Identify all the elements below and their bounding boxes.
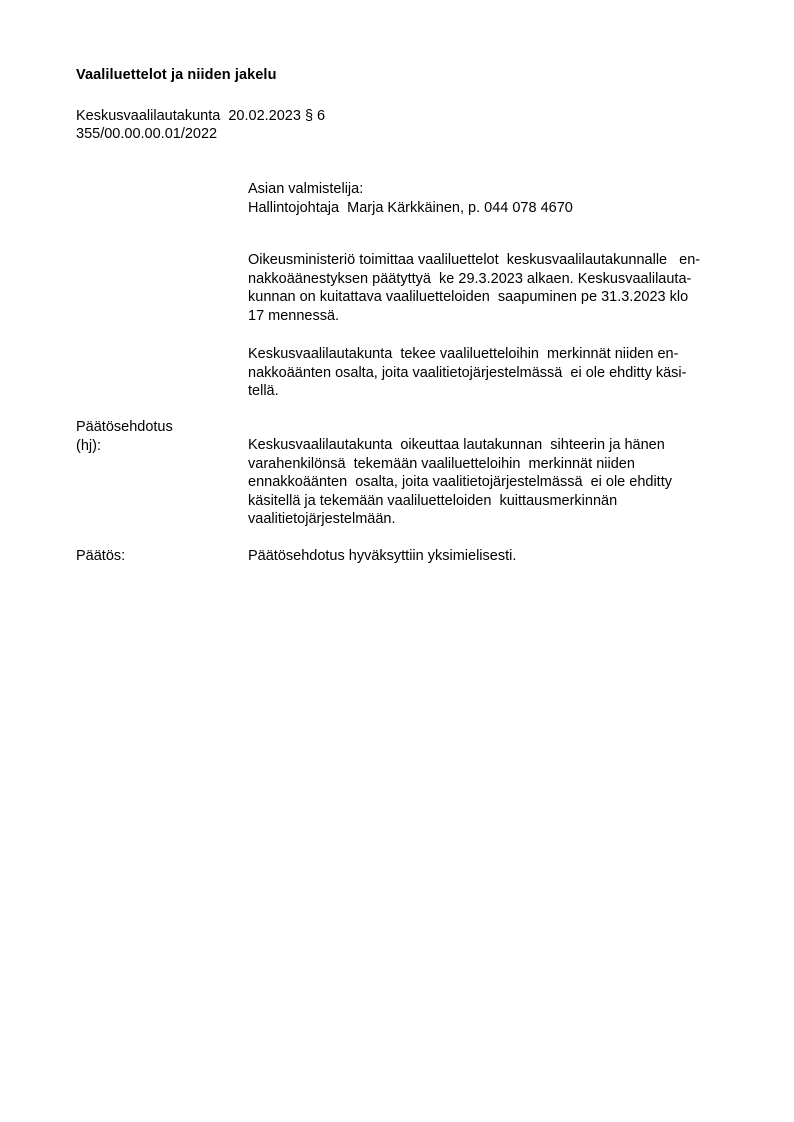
paragraph-line: nakkoäänten osalta, joita vaalitietojärj… <box>248 364 738 383</box>
paragraph-line: tellä. <box>248 382 738 401</box>
paragraph-1: Oikeusministeriö toimittaa vaaliluettelo… <box>248 251 738 325</box>
document-title: Vaaliluettelot ja niiden jakelu <box>76 67 277 83</box>
preparer-label: Asian valmistelija: <box>248 180 738 199</box>
proposal-line: käsitellä ja tekemään vaaliluetteloiden … <box>248 492 738 511</box>
proposal-label-line1: Päätösehdotus <box>76 418 173 437</box>
paragraph-line: Oikeusministeriö toimittaa vaaliluettelo… <box>248 251 738 270</box>
decision-label: Päätös: <box>76 547 125 566</box>
paragraph-line: kunnan on kuitattava vaaliluetteloiden s… <box>248 288 738 307</box>
meeting-reference: Keskusvaalilautakunta 20.02.2023 § 6 <box>76 107 325 125</box>
paragraph-2: Keskusvaalilautakunta tekee vaaliluettel… <box>248 345 738 401</box>
paragraph-line: Keskusvaalilautakunta tekee vaaliluettel… <box>248 345 738 364</box>
meeting-meta: Keskusvaalilautakunta 20.02.2023 § 6 355… <box>76 107 325 143</box>
proposal-label: Päätösehdotus (hj): <box>76 418 173 455</box>
paragraph-line: 17 mennessä. <box>248 307 738 326</box>
proposal-line: ennakkoäänten osalta, joita vaalitietojä… <box>248 473 738 492</box>
proposal-label-line2: (hj): <box>76 437 173 456</box>
document-page: Vaaliluettelot ja niiden jakelu Keskusva… <box>0 0 794 1122</box>
preparer-name: Hallintojohtaja Marja Kärkkäinen, p. 044… <box>248 199 738 218</box>
preparer-block: Asian valmistelija: Hallintojohtaja Marj… <box>248 180 738 217</box>
proposal-line: vaalitietojärjestelmään. <box>248 510 738 529</box>
paragraph-line: nakkoäänestyksen päätyttyä ke 29.3.2023 … <box>248 270 738 289</box>
proposal-line: Keskusvaalilautakunta oikeuttaa lautakun… <box>248 436 738 455</box>
proposal-text: Keskusvaalilautakunta oikeuttaa lautakun… <box>248 436 738 529</box>
decision-text: Päätösehdotus hyväksyttiin yksimielisest… <box>248 547 738 566</box>
proposal-line: varahenkilönsä tekemään vaaliluetteloihi… <box>248 455 738 474</box>
case-number: 355/00.00.00.01/2022 <box>76 125 325 143</box>
